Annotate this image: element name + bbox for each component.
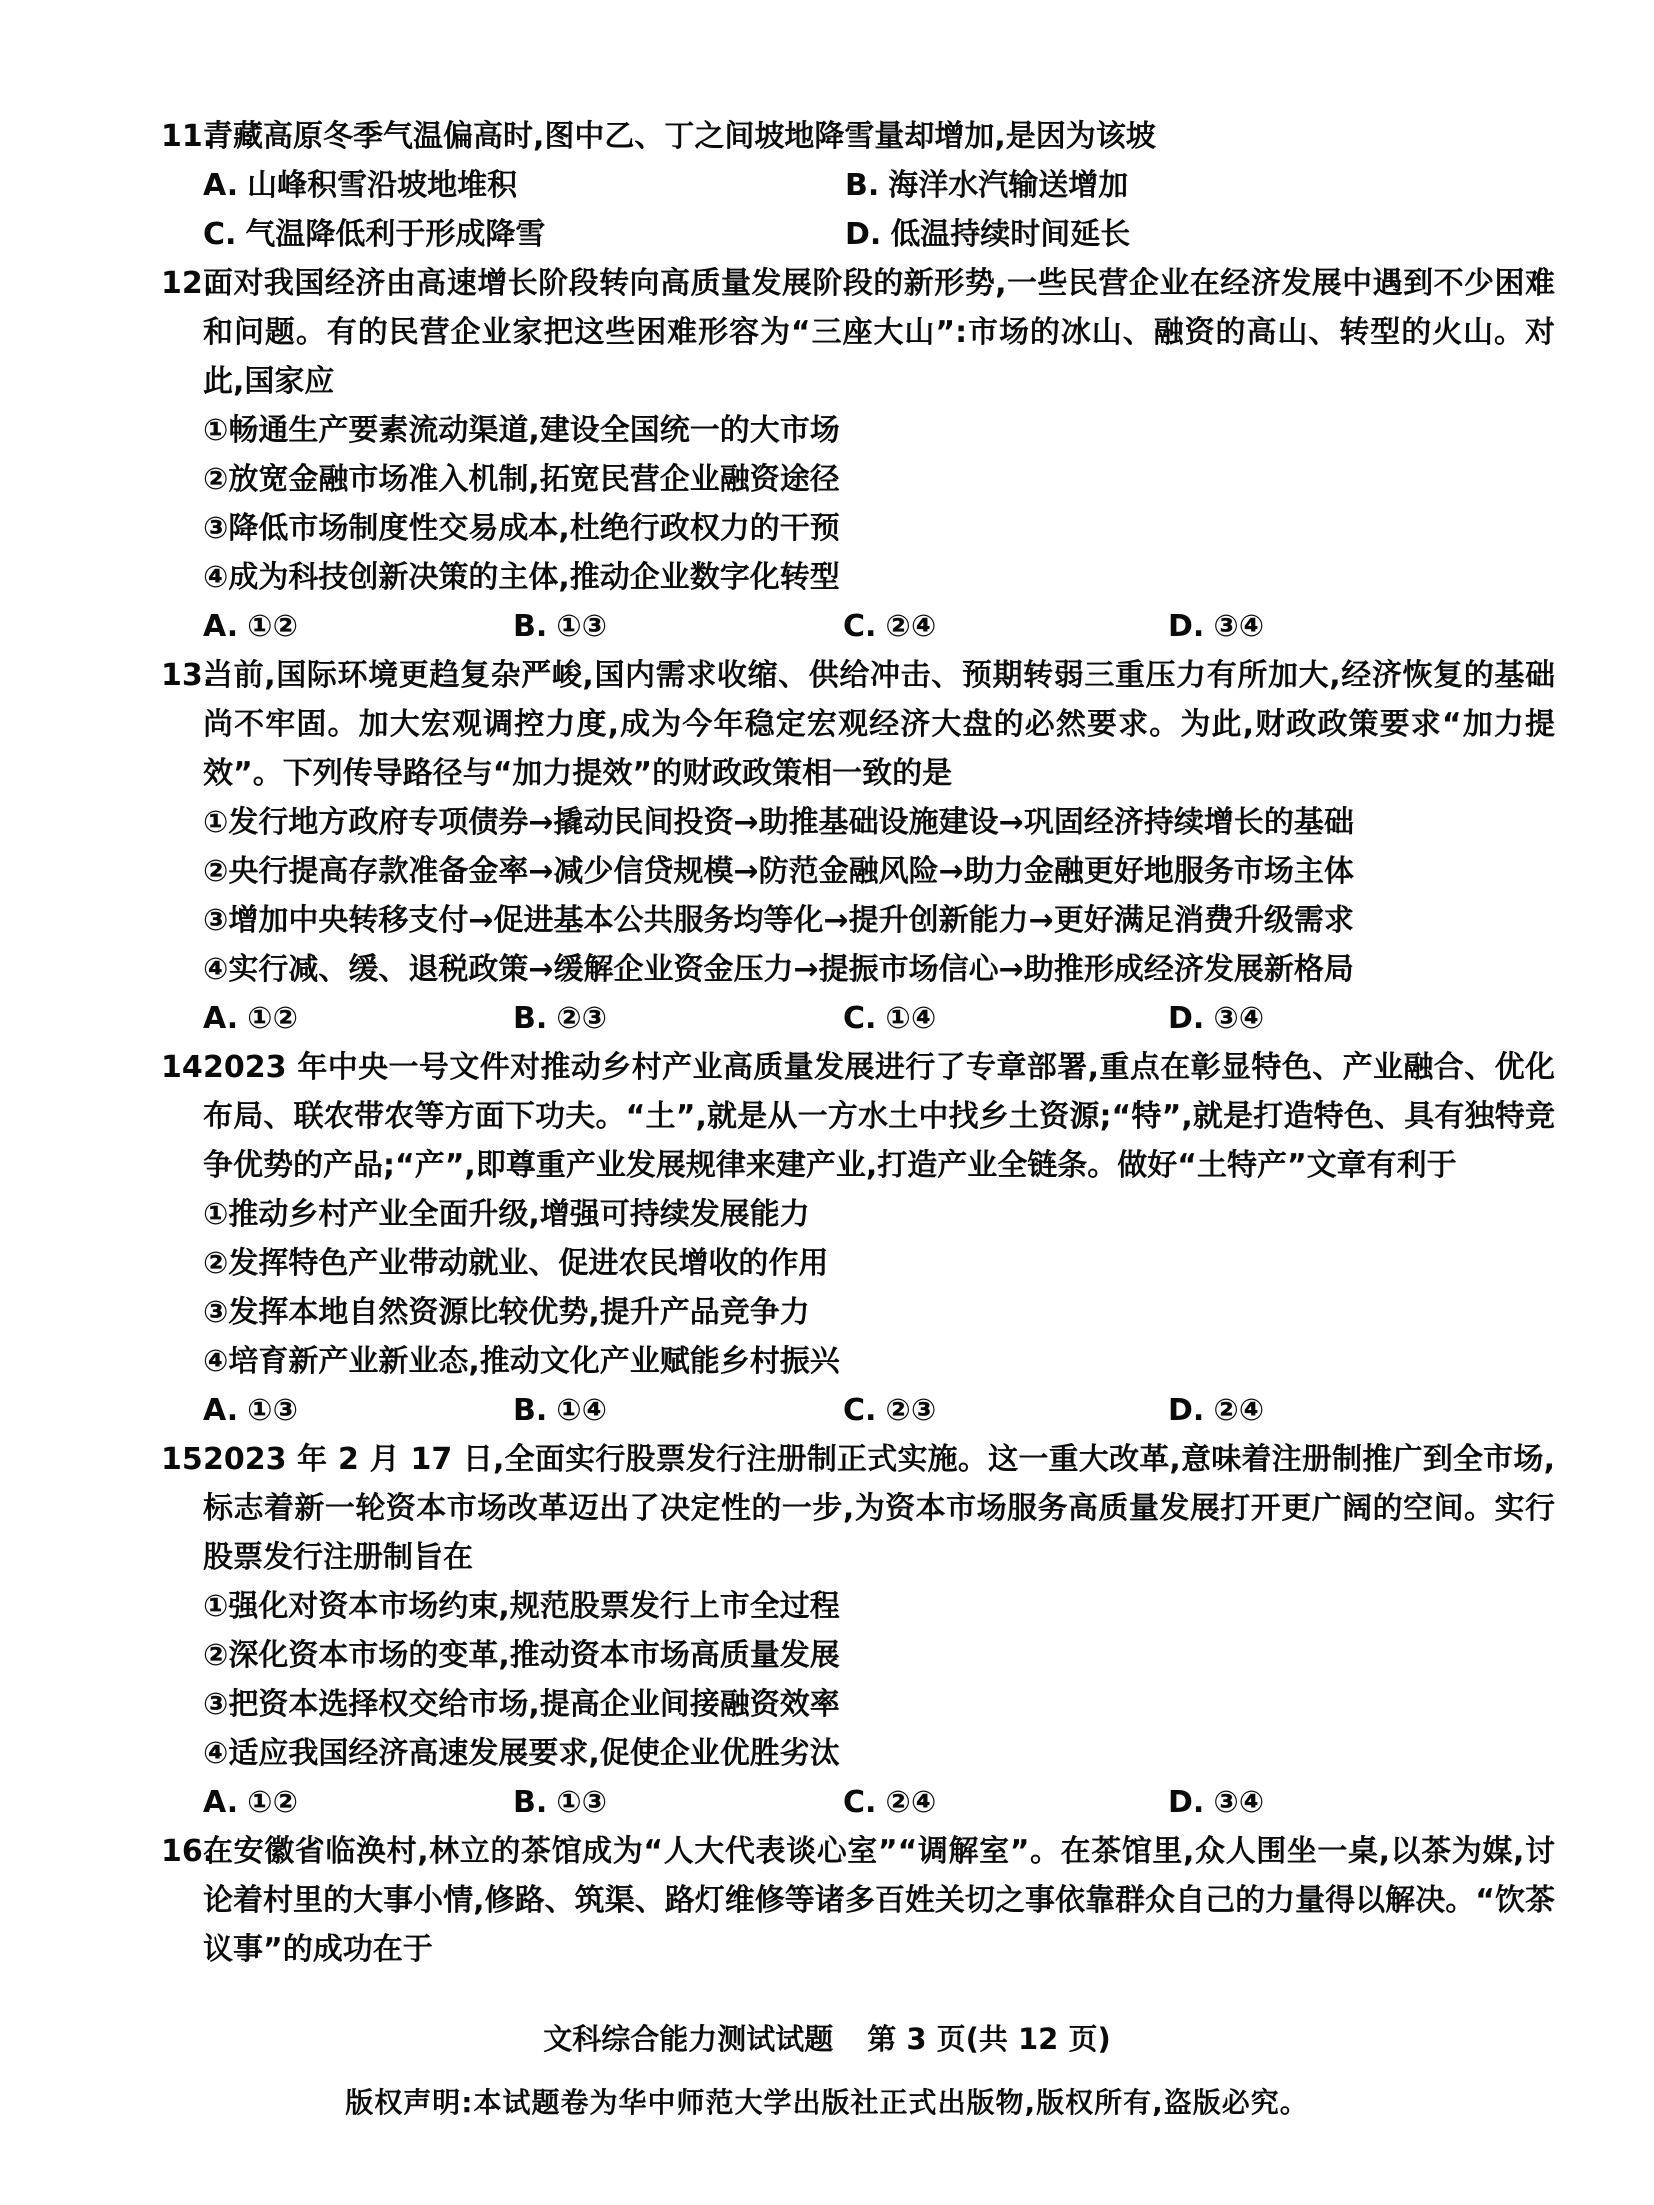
option-label: B.	[513, 994, 547, 1043]
option-b: B.①③	[513, 1778, 843, 1827]
item-marker: ②	[203, 854, 228, 889]
list-item-2: ②发挥特色产业带动就业、促进农民增收的作用	[203, 1239, 1555, 1288]
list-item-3: ③把资本选择权交给市场,提高企业间接融资效率	[203, 1680, 1555, 1729]
option-d: D.③④	[1168, 1778, 1555, 1827]
option-d: D.③④	[1168, 602, 1555, 651]
item-marker: ②	[203, 1638, 228, 1673]
option-text: ②④	[885, 1778, 936, 1827]
option-label: C.	[203, 210, 236, 259]
footer-page-info: 第 3 页(共 12 页)	[867, 2022, 1110, 2056]
item-text: 发挥特色产业带动就业、促进农民增收的作用	[228, 1246, 828, 1281]
item-marker: ④	[203, 1736, 228, 1771]
item-marker: ①	[203, 413, 228, 448]
option-c: C.②③	[843, 1386, 1168, 1435]
page-footer: 文科综合能力测试试题第 3 页(共 12 页)	[0, 2015, 1654, 2064]
question-stem: 当前,国际环境更趋复杂严峻,国内需求收缩、供给冲击、预期转弱三重压力有所加大,经…	[203, 658, 1555, 791]
option-text: 低温持续时间延长	[890, 210, 1130, 259]
list-item-3: ③降低市场制度性交易成本,杜绝行政权力的干预	[203, 504, 1555, 553]
item-text: 畅通生产要素流动渠道,建设全国统一的大市场	[228, 413, 839, 448]
list-item-1: ①强化对资本市场约束,规范股票发行上市全过程	[203, 1582, 1555, 1631]
item-text: 央行提高存款准备金率→减少信贷规模→防范金融风险→助力金融更好地服务市场主体	[228, 854, 1353, 889]
list-item-2: ②央行提高存款准备金率→减少信贷规模→防范金融风险→助力金融更好地服务市场主体	[203, 847, 1555, 896]
options-row: A.①② B.②③ C.①④ D.③④	[203, 994, 1555, 1043]
option-label: D.	[1168, 1386, 1204, 1435]
item-marker: ①	[203, 1197, 228, 1232]
option-text: ①④	[885, 994, 936, 1043]
list-item-4: ④适应我国经济高速发展要求,促使企业优胜劣汰	[203, 1729, 1555, 1778]
question-stem: 在安徽省临涣村,林立的茶馆成为“人大代表谈心室”“调解室”。在茶馆里,众人围坐一…	[203, 1834, 1555, 1967]
item-text: 发行地方政府专项债券→撬动民间投资→助推基础设施建设→巩固经济持续增长的基础	[228, 805, 1353, 840]
option-a: A.①②	[203, 1778, 513, 1827]
list-item-2: ②放宽金融市场准入机制,拓宽民营企业融资途径	[203, 455, 1555, 504]
list-item-1: ①畅通生产要素流动渠道,建设全国统一的大市场	[203, 406, 1555, 455]
option-text: ②④	[885, 602, 936, 651]
option-a: A.①③	[203, 1386, 513, 1435]
question-16: 16. 在安徽省临涣村,林立的茶馆成为“人大代表谈心室”“调解室”。在茶馆里,众…	[161, 1827, 1555, 1974]
list-item-1: ①发行地方政府专项债券→撬动民间投资→助推基础设施建设→巩固经济持续增长的基础	[203, 798, 1555, 847]
option-label: A.	[203, 1386, 238, 1435]
option-c: C.①④	[843, 994, 1168, 1043]
option-label: B.	[513, 1386, 547, 1435]
item-text: 适应我国经济高速发展要求,促使企业优胜劣汰	[228, 1736, 839, 1771]
option-b: B.①④	[513, 1386, 843, 1435]
option-text: 海洋水汽输送增加	[888, 161, 1128, 210]
question-stem: 青藏高原冬季气温偏高时,图中乙、丁之间坡地降雪量却增加,是因为该坡	[203, 119, 1156, 154]
option-text: ①③	[247, 1386, 298, 1435]
item-marker: ①	[203, 1589, 228, 1624]
option-text: ③④	[1213, 1778, 1264, 1827]
item-text: 深化资本市场的变革,推动资本市场高质量发展	[228, 1638, 839, 1673]
option-label: A.	[203, 602, 238, 651]
option-a: A.①②	[203, 994, 513, 1043]
item-text: 降低市场制度性交易成本,杜绝行政权力的干预	[228, 511, 839, 546]
option-text: ①②	[247, 994, 298, 1043]
option-text: ③④	[1213, 994, 1264, 1043]
item-marker: ①	[203, 805, 228, 840]
option-label: A.	[203, 161, 238, 210]
option-label: B.	[513, 1778, 547, 1827]
item-text: 强化对资本市场约束,规范股票发行上市全过程	[228, 1589, 839, 1624]
item-text: 培育新产业新业态,推动文化产业赋能乡村振兴	[228, 1344, 839, 1379]
option-b: B.①③	[513, 602, 843, 651]
item-marker: ③	[203, 1295, 228, 1330]
list-item-4: ④成为科技创新决策的主体,推动企业数字化转型	[203, 553, 1555, 602]
item-text: 发挥本地自然资源比较优势,提升产品竞争力	[228, 1295, 809, 1330]
option-label: D.	[1168, 602, 1204, 651]
item-marker: ③	[203, 903, 228, 938]
questions-column: 11. 青藏高原冬季气温偏高时,图中乙、丁之间坡地降雪量却增加,是因为该坡 A.…	[161, 112, 1555, 1974]
option-text: ②③	[885, 1386, 936, 1435]
item-text: 实行减、缓、退税政策→缓解企业资金压力→提振市场信心→助推形成经济发展新格局	[228, 952, 1353, 987]
option-label: A.	[203, 994, 238, 1043]
option-label: D.	[1168, 1778, 1204, 1827]
option-c: C.②④	[843, 602, 1168, 651]
item-marker: ④	[203, 1344, 228, 1379]
option-text: ①②	[247, 602, 298, 651]
item-marker: ④	[203, 952, 228, 987]
item-marker: ②	[203, 462, 228, 497]
options-row: A.山峰积雪沿坡地堆积 B.海洋水汽输送增加	[203, 161, 1555, 210]
footer-doc-title: 文科综合能力测试试题	[543, 2022, 833, 2056]
list-item-2: ②深化资本市场的变革,推动资本市场高质量发展	[203, 1631, 1555, 1680]
option-label: D.	[845, 210, 881, 259]
question-number: 14.	[161, 1043, 214, 1092]
question-number: 13.	[161, 651, 214, 700]
question-15: 15. 2023 年 2 月 17 日,全面实行股票发行注册制正式实施。这一重大…	[161, 1435, 1555, 1827]
item-text: 放宽金融市场准入机制,拓宽民营企业融资途径	[228, 462, 839, 497]
option-text: ①③	[556, 1778, 607, 1827]
option-b: B.②③	[513, 994, 843, 1043]
option-label: C.	[843, 1778, 876, 1827]
option-b: B.海洋水汽输送增加	[845, 161, 1555, 210]
item-marker: ②	[203, 1246, 228, 1281]
option-d: D.②④	[1168, 1386, 1555, 1435]
item-text: 成为科技创新决策的主体,推动企业数字化转型	[228, 560, 839, 595]
question-number: 11.	[161, 112, 214, 161]
question-13: 13. 当前,国际环境更趋复杂严峻,国内需求收缩、供给冲击、预期转弱三重压力有所…	[161, 651, 1555, 1043]
list-item-4: ④实行减、缓、退税政策→缓解企业资金压力→提振市场信心→助推形成经济发展新格局	[203, 945, 1555, 994]
item-text: 推动乡村产业全面升级,增强可持续发展能力	[228, 1197, 809, 1232]
option-label: B.	[845, 161, 879, 210]
item-text: 把资本选择权交给市场,提高企业间接融资效率	[228, 1687, 839, 1722]
option-label: C.	[843, 994, 876, 1043]
item-marker: ④	[203, 560, 228, 595]
options-row: C.气温降低利于形成降雪 D.低温持续时间延长	[203, 210, 1555, 259]
item-marker: ③	[203, 511, 228, 546]
option-d: D.③④	[1168, 994, 1555, 1043]
option-label: C.	[843, 602, 876, 651]
question-number: 12.	[161, 259, 214, 308]
option-c: C.②④	[843, 1778, 1168, 1827]
option-text: ①③	[556, 602, 607, 651]
option-label: A.	[203, 1778, 238, 1827]
option-a: A.山峰积雪沿坡地堆积	[203, 161, 845, 210]
list-item-1: ①推动乡村产业全面升级,增强可持续发展能力	[203, 1190, 1555, 1239]
question-number: 16.	[161, 1827, 214, 1876]
option-c: C.气温降低利于形成降雪	[203, 210, 845, 259]
question-12: 12. 面对我国经济由高速增长阶段转向高质量发展阶段的新形势,一些民营企业在经济…	[161, 259, 1555, 651]
option-text: ②③	[556, 994, 607, 1043]
option-a: A.①②	[203, 602, 513, 651]
option-text: 气温降低利于形成降雪	[245, 210, 545, 259]
options-row: A.①③ B.①④ C.②③ D.②④	[203, 1386, 1555, 1435]
options-row: A.①② B.①③ C.②④ D.③④	[203, 1778, 1555, 1827]
option-d: D.低温持续时间延长	[845, 210, 1555, 259]
item-text: 增加中央转移支付→促进基本公共服务均等化→提升创新能力→更好满足消费升级需求	[228, 903, 1353, 938]
option-label: B.	[513, 602, 547, 651]
item-marker: ③	[203, 1687, 228, 1722]
list-item-3: ③发挥本地自然资源比较优势,提升产品竞争力	[203, 1288, 1555, 1337]
option-label: C.	[843, 1386, 876, 1435]
exam-paper-page: 11. 青藏高原冬季气温偏高时,图中乙、丁之间坡地降雪量却增加,是因为该坡 A.…	[0, 0, 1654, 2205]
question-stem: 2023 年 2 月 17 日,全面实行股票发行注册制正式实施。这一重大改革,意…	[203, 1442, 1555, 1575]
option-text: ①④	[556, 1386, 607, 1435]
question-stem: 面对我国经济由高速增长阶段转向高质量发展阶段的新形势,一些民营企业在经济发展中遇…	[203, 266, 1555, 399]
option-text: ①②	[247, 1778, 298, 1827]
list-item-3: ③增加中央转移支付→促进基本公共服务均等化→提升创新能力→更好满足消费升级需求	[203, 896, 1555, 945]
list-item-4: ④培育新产业新业态,推动文化产业赋能乡村振兴	[203, 1337, 1555, 1386]
copyright-notice: 版权声明:本试题卷为华中师范大学出版社正式出版物,版权所有,盗版必究。	[0, 2081, 1654, 2125]
option-text: 山峰积雪沿坡地堆积	[247, 161, 517, 210]
option-label: D.	[1168, 994, 1204, 1043]
question-14: 14. 2023 年中央一号文件对推动乡村产业高质量发展进行了专章部署,重点在彰…	[161, 1043, 1555, 1435]
question-number: 15.	[161, 1435, 214, 1484]
option-text: ③④	[1213, 602, 1264, 651]
option-text: ②④	[1213, 1386, 1264, 1435]
question-stem: 2023 年中央一号文件对推动乡村产业高质量发展进行了专章部署,重点在彰显特色、…	[203, 1050, 1555, 1183]
question-11: 11. 青藏高原冬季气温偏高时,图中乙、丁之间坡地降雪量却增加,是因为该坡 A.…	[161, 112, 1555, 259]
options-row: A.①② B.①③ C.②④ D.③④	[203, 602, 1555, 651]
